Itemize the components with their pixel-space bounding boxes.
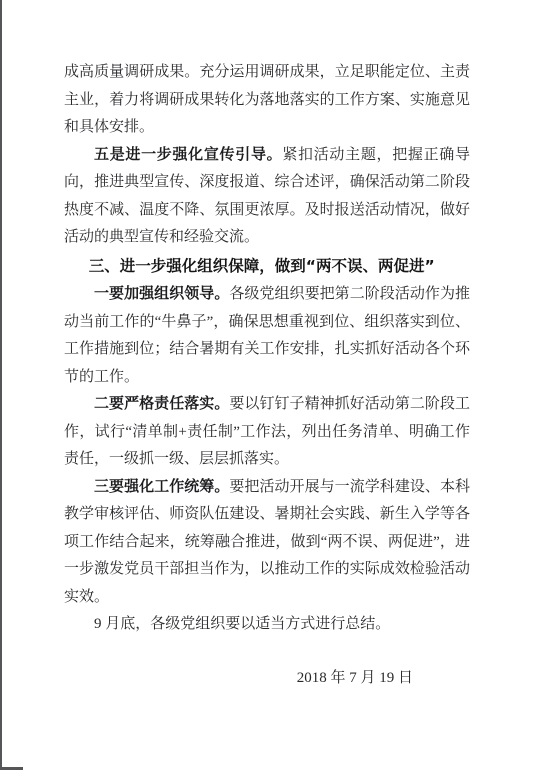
document-page: 成高质量调研成果。充分运用调研成果，立足职能定位、主责主业，着力将调研成果转化为… — [0, 0, 544, 770]
date-line: 2018 年 7 月 19 日 — [64, 665, 470, 693]
paragraph: 一要加强组织领导。各级党组织要把第二阶段活动作为推动当前工作的“牛鼻子”，确保思… — [64, 281, 470, 391]
paragraph-lead: 五是进一步强化宣传引导。 — [94, 147, 282, 163]
paragraph: 二要严格责任落实。要以钉钉子精神抓好活动第二阶段工作，试行“清单制+责任制”工作… — [64, 391, 470, 474]
section-heading: 三、进一步强化组织保障，做到“两不误、两促进” — [64, 253, 470, 281]
paragraph: 成高质量调研成果。充分运用调研成果，立足职能定位、主责主业，着力将调研成果转化为… — [64, 59, 470, 142]
document-body: 成高质量调研成果。充分运用调研成果，立足职能定位、主责主业，着力将调研成果转化为… — [64, 59, 470, 692]
paragraph-lead: 三要强化工作统筹。 — [94, 479, 229, 495]
paragraph-text: 要把活动开展与一流学科建设、本科教学审核评估、师资队伍建设、暑期社会实践、新生入… — [64, 479, 470, 605]
paragraph-lead: 二要严格责任落实。 — [94, 396, 229, 412]
paragraph-text: 9 月底，各级党组织要以适当方式进行总结。 — [94, 616, 390, 632]
page-left-edge-line — [0, 0, 2, 770]
paragraph-lead: 一要加强组织领导。 — [94, 286, 229, 302]
paragraph: 五是进一步强化宣传引导。紧扣活动主题，把握正确导向，推进典型宣传、深度报道、综合… — [64, 142, 470, 252]
paragraph: 9 月底，各级党组织要以适当方式进行总结。 — [64, 611, 470, 639]
paragraph-text: 成高质量调研成果。充分运用调研成果，立足职能定位、主责主业，着力将调研成果转化为… — [64, 64, 470, 135]
paragraph: 三要强化工作统筹。要把活动开展与一流学科建设、本科教学审核评估、师资队伍建设、暑… — [64, 474, 470, 612]
